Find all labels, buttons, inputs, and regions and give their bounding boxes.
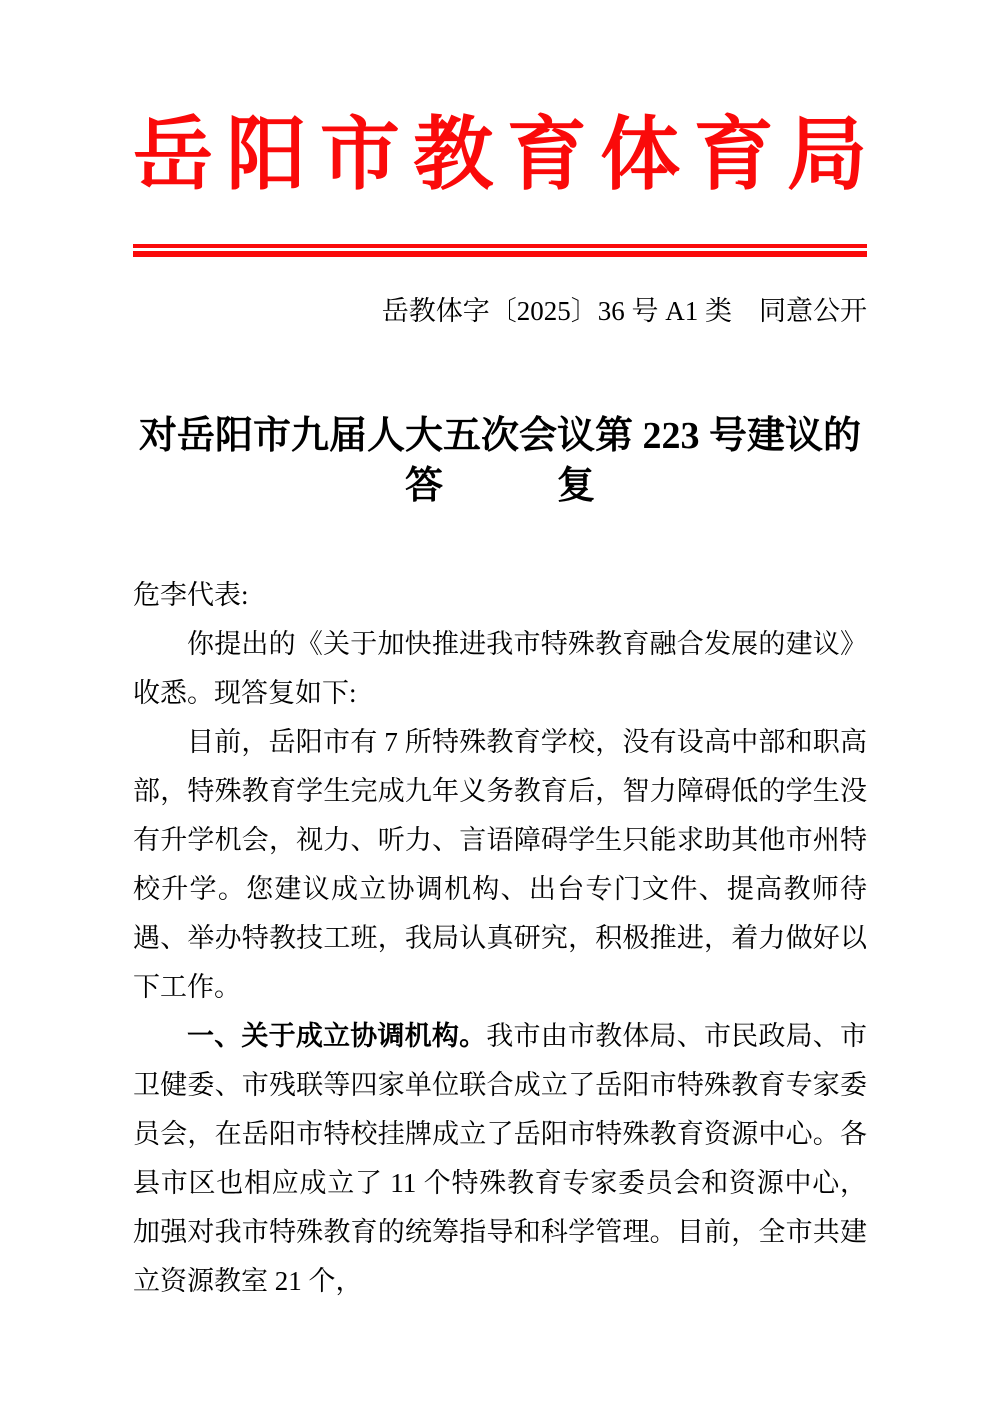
paragraph-1-text: 你提出的《关于加快推进我市特殊教育融合发展的建议》收悉。现答复如下: xyxy=(133,629,867,708)
paragraph-3: 一、关于成立协调机构。我市由市教体局、市民政局、市卫健委、市残联等四家单位联合成… xyxy=(133,1012,867,1306)
document-number: 岳教体字〔2025〕36 号 A1 类 同意公开 xyxy=(133,293,867,329)
letterhead-rule xyxy=(133,244,867,257)
paragraph-2-text: 目前，岳阳市有 7 所特殊教育学校，没有设高中部和职高部，特殊教育学生完成九年义… xyxy=(133,727,867,1002)
paragraph-3-lead: 一、关于成立协调机构。 xyxy=(187,1021,486,1051)
document-body: 危李代表: 你提出的《关于加快推进我市特殊教育融合发展的建议》收悉。现答复如下:… xyxy=(133,571,867,1306)
agency-name: 岳阳市教育体育局 xyxy=(133,104,867,208)
paragraph-3-text: 我市由市教体局、市民政局、市卫健委、市残联等四家单位联合成立了岳阳市特殊教育专家… xyxy=(133,1021,867,1296)
document-title-line-2: 答 复 xyxy=(133,461,867,511)
document-title-line-1: 对岳阳市九届人大五次会议第 223 号建议的 xyxy=(133,411,867,461)
document-title: 对岳阳市九届人大五次会议第 223 号建议的 答 复 xyxy=(133,411,867,511)
paragraph-2: 目前，岳阳市有 7 所特殊教育学校，没有设高中部和职高部，特殊教育学生完成九年义… xyxy=(133,718,867,1012)
salutation: 危李代表: xyxy=(133,571,867,620)
letterhead: 岳阳市教育体育局 xyxy=(133,104,867,257)
paragraph-1: 你提出的《关于加快推进我市特殊教育融合发展的建议》收悉。现答复如下: xyxy=(133,620,867,718)
letterhead-rule-bottom xyxy=(133,251,867,257)
document-page: 岳阳市教育体育局 岳教体字〔2025〕36 号 A1 类 同意公开 对岳阳市九届… xyxy=(133,0,867,1306)
